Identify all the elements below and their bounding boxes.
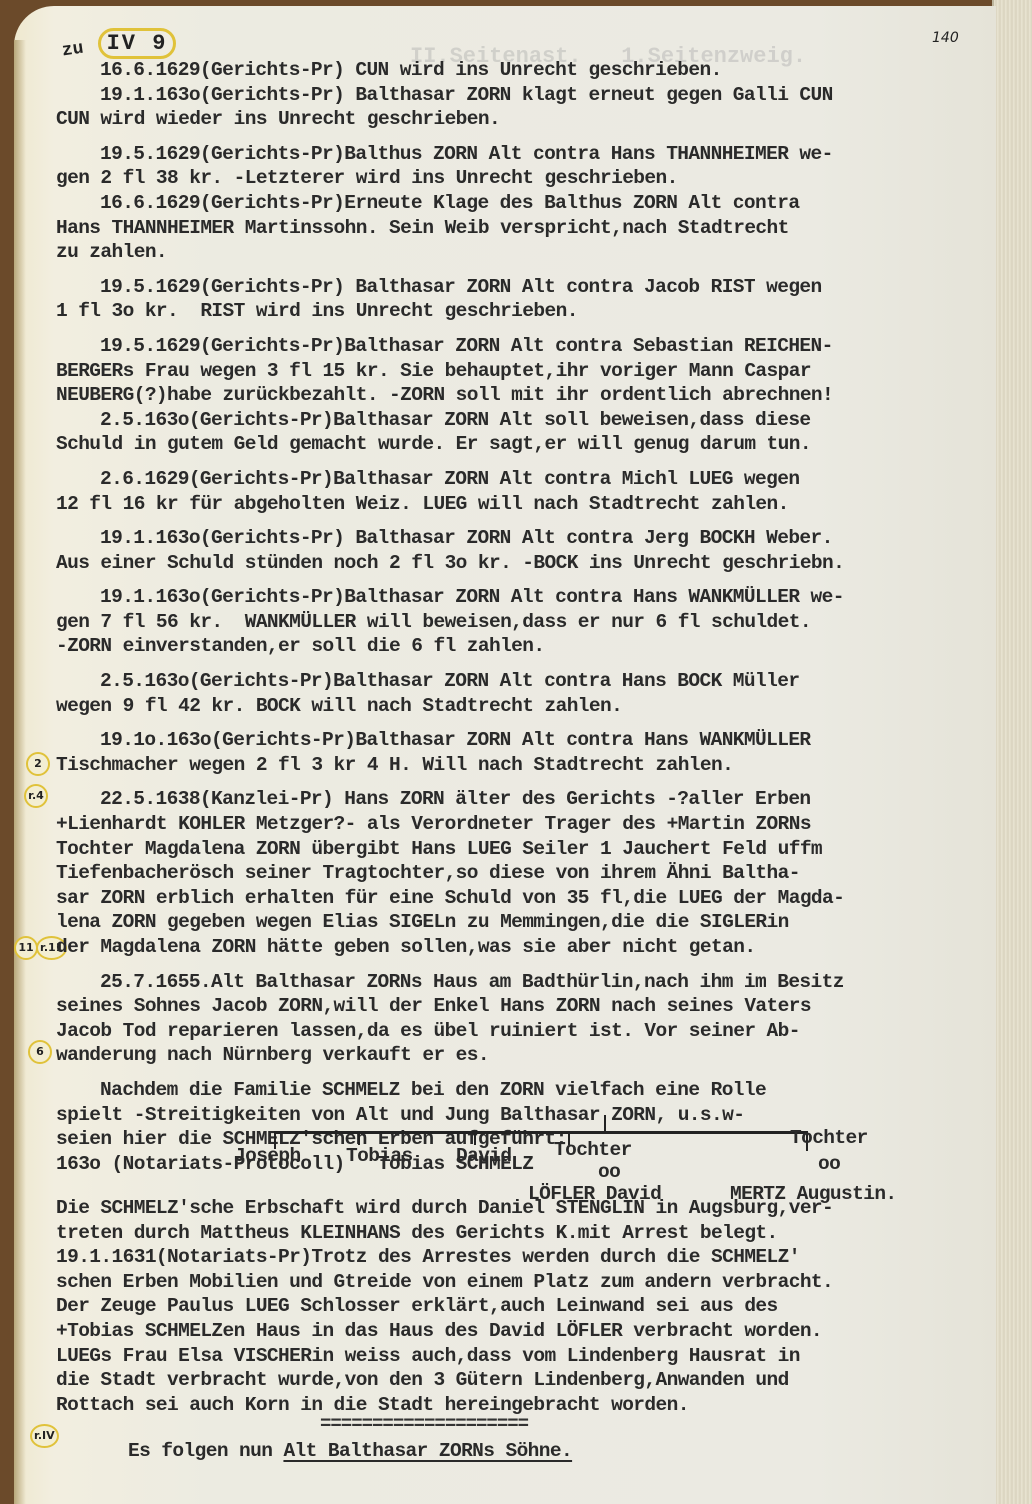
closing-line: Es folgen nun Alt Balthasar ZORNs Söhne.: [128, 1440, 572, 1462]
text-line: Tiefenbacherösch seiner Tragtochter,so d…: [56, 861, 976, 886]
reference-header: zu IV 9: [62, 26, 176, 60]
tree-branch: [358, 1131, 360, 1145]
text-line: schen Erben Mobilien und Gtreide von ein…: [56, 1270, 976, 1295]
margin-note: 6: [28, 1040, 52, 1064]
text-line: 2.6.1629(Gerichts-Pr)Balthasar ZORN Alt …: [56, 467, 976, 492]
margin-note: r.4: [24, 784, 48, 808]
text-line: 16.6.1629(Gerichts-Pr)Erneute Klage des …: [56, 191, 976, 216]
tree-child: Tochter: [554, 1139, 632, 1161]
tree-child: Tochter: [790, 1127, 868, 1149]
closing-underlined: Alt Balthasar ZORNs Söhne.: [283, 1440, 572, 1462]
tree-child: Joseph: [234, 1145, 301, 1167]
text-line: die Stadt verbracht wurde,von den 3 Güte…: [56, 1368, 976, 1393]
text-line: Hans THANNHEIMER Martinssohn. Sein Weib …: [56, 216, 976, 241]
marriage-symbol: oo: [598, 1161, 620, 1183]
entry-paragraph: 19.5.1629(Gerichts-Pr) Balthasar ZORN Al…: [56, 275, 976, 324]
text-line: Tischmacher wegen 2 fl 3 kr 4 H. Will na…: [56, 753, 976, 778]
text-line: 19.5.1629(Gerichts-Pr) Balthasar ZORN Al…: [56, 275, 976, 300]
text-line: +Tobias SCHMELZen Haus in das Haus des D…: [56, 1319, 976, 1344]
marriage-symbol: oo: [818, 1153, 840, 1175]
text-line: 19.1.163o(Gerichts-Pr) Balthasar ZORN Al…: [56, 526, 976, 551]
text-line: lena ZORN gegeben wegen Elias SIGELn zu …: [56, 910, 976, 935]
text-line: wanderung nach Nürnberg verkauft er es.: [56, 1043, 976, 1068]
entry-paragraph: 22.5.1638(Kanzlei-Pr) Hans ZORN älter de…: [56, 787, 976, 959]
closing-prefix: Es folgen nun: [128, 1440, 283, 1462]
entry-paragraph: 19.5.1629(Gerichts-Pr)Balthus ZORN Alt c…: [56, 142, 976, 265]
tree-child: Tobias: [346, 1145, 413, 1167]
text-line: Schuld in gutem Geld gemacht wurde. Er s…: [56, 432, 976, 457]
text-line: seines Sohnes Jacob ZORN,will der Enkel …: [56, 994, 976, 1019]
text-line: 12 fl 16 kr für abgeholten Weiz. LUEG wi…: [56, 492, 976, 517]
text-line: LUEGs Frau Elsa VISCHERin weiss auch,das…: [56, 1344, 976, 1369]
text-line: der Magdalena ZORN hätte geben sollen,wa…: [56, 935, 976, 960]
tree-branch: [474, 1131, 476, 1145]
tree-child: David: [456, 1145, 512, 1167]
text-line: Der Zeuge Paulus LUEG Schlosser erklärt,…: [56, 1294, 976, 1319]
text-line: 16.6.1629(Gerichts-Pr) CUN wird ins Unre…: [56, 58, 976, 83]
text-line: gen 2 fl 38 kr. -Letzterer wird ins Unre…: [56, 166, 976, 191]
entry-paragraph: 19.5.1629(Gerichts-Pr)Balthasar ZORN Alt…: [56, 334, 976, 457]
text-line: +Lienhardt KOHLER Metzger?- als Verordne…: [56, 812, 976, 837]
spine-shadow: [14, 40, 26, 1504]
text-line: zu zahlen.: [56, 240, 976, 265]
text-line: NEUBERG(?)habe zurückbezahlt. -ZORN soll…: [56, 383, 976, 408]
separator: ====================: [320, 1413, 528, 1435]
text-line: 19.1.163o(Gerichts-Pr)Balthasar ZORN Alt…: [56, 585, 976, 610]
text-line: -ZORN einverstanden,er soll die 6 fl zah…: [56, 634, 976, 659]
text-line: gen 7 fl 56 kr. WANKMÜLLER will beweisen…: [56, 610, 976, 635]
text-line: Die SCHMELZ'sche Erbschaft wird durch Da…: [56, 1196, 976, 1221]
text-line: Nachdem die Familie SCHMELZ bei den ZORN…: [56, 1078, 976, 1103]
text-line: 22.5.1638(Kanzlei-Pr) Hans ZORN älter de…: [56, 787, 976, 812]
text-line: treten durch Mattheus KLEINHANS des Geri…: [56, 1221, 976, 1246]
entry-paragraph: 25.7.1655.Alt Balthasar ZORNs Haus am Ba…: [56, 970, 976, 1068]
page-number: 140: [932, 30, 959, 46]
text-line: 19.5.1629(Gerichts-Pr)Balthasar ZORN Alt…: [56, 334, 976, 359]
text-line: Tochter Magdalena ZORN übergibt Hans LUE…: [56, 837, 976, 862]
margin-note: 11: [14, 936, 38, 960]
after-tree-text: Die SCHMELZ'sche Erbschaft wird durch Da…: [56, 1196, 976, 1417]
text-line: 1 fl 3o kr. RIST wird ins Unrecht geschr…: [56, 299, 976, 324]
entry-paragraph: 2.6.1629(Gerichts-Pr)Balthasar ZORN Alt …: [56, 467, 976, 516]
entry-paragraph: 16.6.1629(Gerichts-Pr) CUN wird ins Unre…: [56, 58, 976, 132]
entry-paragraph: 19.1.163o(Gerichts-Pr) Balthasar ZORN Al…: [56, 526, 976, 575]
entry-paragraph: 19.1o.163o(Gerichts-Pr)Balthasar ZORN Al…: [56, 728, 976, 777]
text-line: 19.5.1629(Gerichts-Pr)Balthus ZORN Alt c…: [56, 142, 976, 167]
margin-note: 2: [26, 752, 50, 776]
entry-paragraph: 19.1.163o(Gerichts-Pr)Balthasar ZORN Alt…: [56, 585, 976, 659]
text-line: 19.1o.163o(Gerichts-Pr)Balthasar ZORN Al…: [56, 728, 976, 753]
text-line: BERGERs Frau wegen 3 fl 15 kr. Sie behau…: [56, 359, 976, 384]
entry-paragraph: 2.5.163o(Gerichts-Pr)Balthasar ZORN Alt …: [56, 669, 976, 718]
text-line: 2.5.163o(Gerichts-Pr)Balthasar ZORN Alt …: [56, 669, 976, 694]
reference-badge: IV 9: [98, 28, 177, 59]
text-line: Jacob Tod reparieren lassen,da es übel r…: [56, 1019, 976, 1044]
text-line: 2.5.163o(Gerichts-Pr)Balthasar ZORN Alt …: [56, 408, 976, 433]
margin-note: r.IV: [30, 1424, 59, 1448]
text-line: Aus einer Schuld stünden noch 2 fl 3o kr…: [56, 551, 976, 576]
text-line: sar ZORN erblich erhalten für eine Schul…: [56, 886, 976, 911]
text-line: 19.1.1631(Notariats-Pr)Trotz des Arreste…: [56, 1245, 976, 1270]
text-line: 25.7.1655.Alt Balthasar ZORNs Haus am Ba…: [56, 970, 976, 995]
text-line: wegen 9 fl 42 kr. BOCK will nach Stadtre…: [56, 694, 976, 719]
book-page-edges: [992, 0, 1032, 1504]
document-body: 16.6.1629(Gerichts-Pr) CUN wird ins Unre…: [56, 58, 976, 1186]
text-line: CUN wird wieder ins Unrecht geschrieben.: [56, 107, 976, 132]
tree-horizontal-bar: [274, 1131, 808, 1134]
text-line: 19.1.163o(Gerichts-Pr) Balthasar ZORN kl…: [56, 83, 976, 108]
